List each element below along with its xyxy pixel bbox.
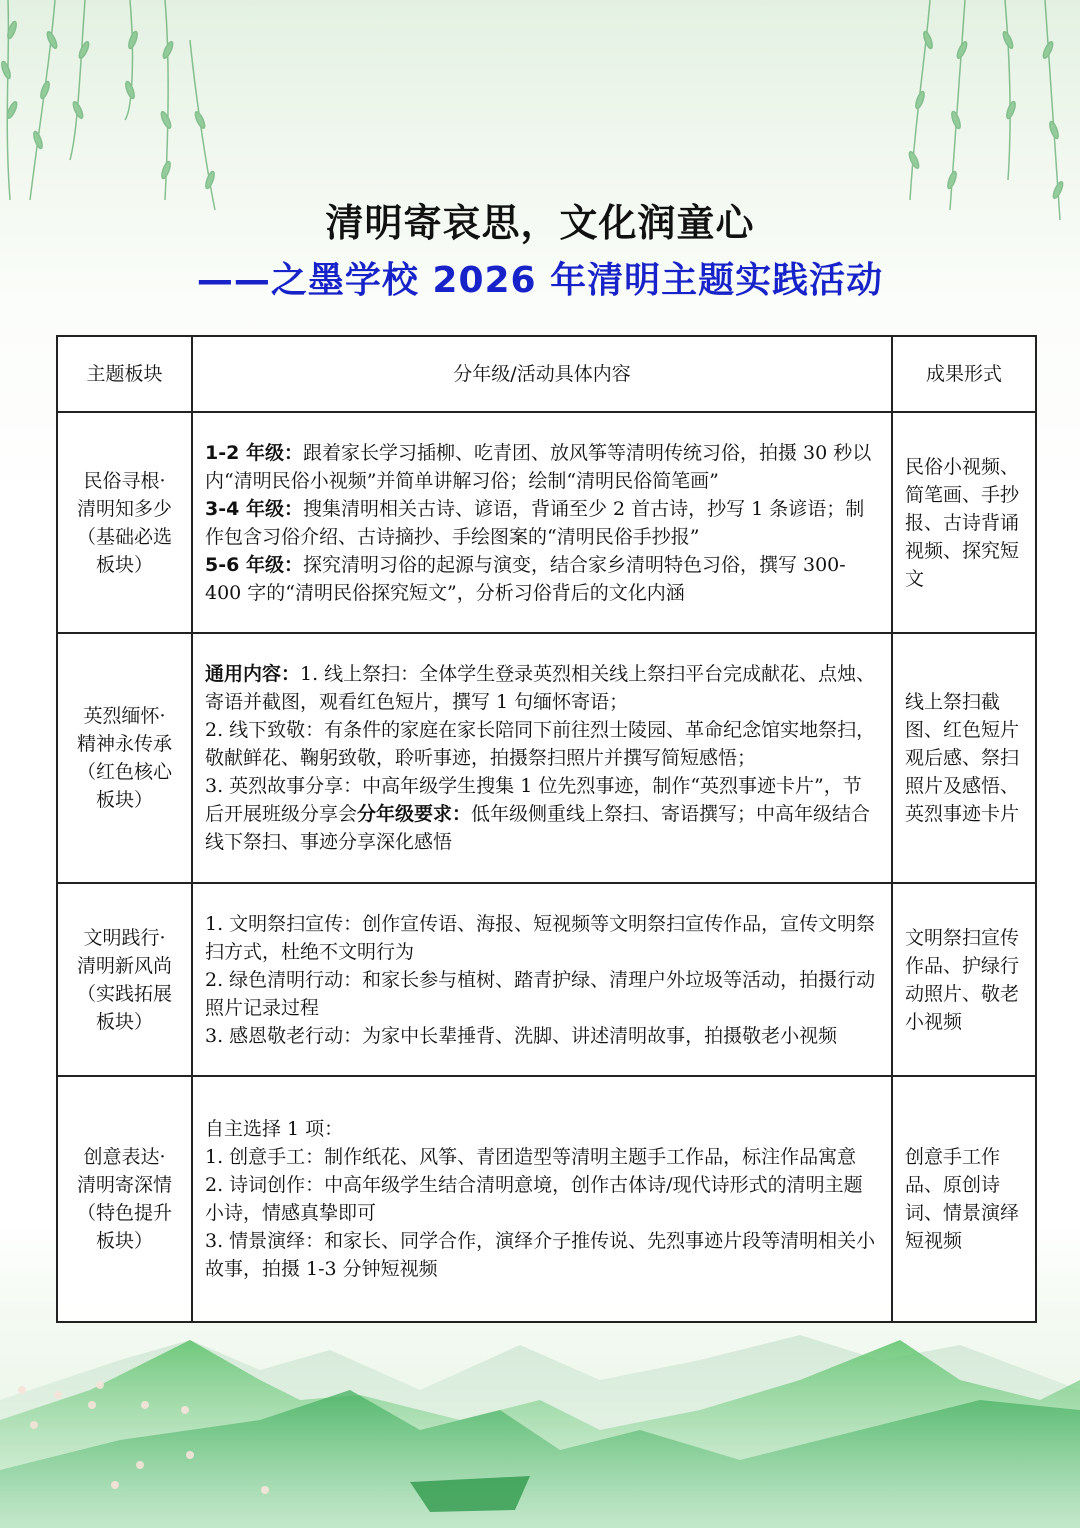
theme-cell: 英烈缅怀· 精神永传承 （红色核心 板块）: [57, 633, 192, 883]
activity-item: 2. 绿色清明行动：和家长参与植树、踏青护绿、清理户外垃圾等活动，拍摄行动照片记…: [205, 966, 879, 1022]
willow-right-icon: [907, 0, 1064, 220]
outcome-cell: 创意手工作品、原创诗词、情景演绎短视频: [892, 1076, 1036, 1322]
page-title: 清明寄哀思，文化润童心: [0, 195, 1080, 251]
activity-item: 通用内容：1. 线上祭扫：全体学生登录英烈相关线上祭扫平台完成献花、点烛、寄语并…: [205, 660, 879, 716]
header-theme: 主题板块: [57, 336, 192, 412]
activity-item: 2. 诗词创作：中高年级学生结合清明意境，创作古体诗/现代诗形式的清明主题小诗，…: [205, 1171, 879, 1227]
theme-cell: 民俗寻根· 清明知多少 （基础必选 板块）: [57, 412, 192, 633]
activity-item: 1. 创意手工：制作纸花、风筝、青团造型等清明主题手工作品，标注作品寓意: [205, 1143, 879, 1171]
title-block: 清明寄哀思，文化润童心 ——之墨学校 2026 年清明主题实践活动: [0, 195, 1080, 309]
outcome-cell: 民俗小视频、简笔画、手抄报、古诗背诵视频、探究短文: [892, 412, 1036, 633]
outcome-cell: 线上祭扫截图、红色短片观后感、祭扫照片及感悟、英烈事迹卡片: [892, 633, 1036, 883]
activity-item: 自主选择 1 项：: [205, 1115, 879, 1143]
header-content: 分年级/活动具体内容: [192, 336, 892, 412]
activity-item: 3. 英烈故事分享：中高年级学生搜集 1 位先烈事迹，制作“英烈事迹卡片”，节后…: [205, 772, 879, 856]
grade-item: 5-6 年级：探究清明习俗的起源与演变，结合家乡清明特色习俗，撰写 300-40…: [205, 551, 879, 607]
table-row: 文明践行· 清明新风尚 （实践拓展 板块） 1. 文明祭扫宣传：创作宣传语、海报…: [57, 883, 1036, 1076]
content-cell: 1. 文明祭扫宣传：创作宣传语、海报、短视频等文明祭扫宣传作品，宣传文明祭扫方式…: [192, 883, 892, 1076]
activity-item: 3. 情景演绎：和家长、同学合作，演绎介子推传说、先烈事迹片段等清明相关小故事，…: [205, 1227, 879, 1283]
content-cell: 1-2 年级：跟着家长学习插柳、吃青团、放风筝等清明传统习俗，拍摄 30 秒以内…: [192, 412, 892, 633]
activity-item: 2. 线下致敬：有条件的家庭在家长陪同下前往烈士陵园、革命纪念馆实地祭扫，敬献鲜…: [205, 716, 879, 772]
willow-left-icon: [0, 0, 216, 210]
boat-icon: [410, 1476, 530, 1512]
table-row: 创意表达· 清明寄深情 （特色提升 板块） 自主选择 1 项： 1. 创意手工：…: [57, 1076, 1036, 1322]
header-outcome: 成果形式: [892, 336, 1036, 412]
mountains-icon: [0, 1335, 1080, 1528]
table-row: 民俗寻根· 清明知多少 （基础必选 板块） 1-2 年级：跟着家长学习插柳、吃青…: [57, 412, 1036, 633]
content-cell: 通用内容：1. 线上祭扫：全体学生登录英烈相关线上祭扫平台完成献花、点烛、寄语并…: [192, 633, 892, 883]
grade-item: 1-2 年级：跟着家长学习插柳、吃青团、放风筝等清明传统习俗，拍摄 30 秒以内…: [205, 439, 879, 495]
outcome-cell: 文明祭扫宣传作品、护绿行动照片、敬老小视频: [892, 883, 1036, 1076]
theme-cell: 文明践行· 清明新风尚 （实践拓展 板块）: [57, 883, 192, 1076]
table-header-row: 主题板块 分年级/活动具体内容 成果形式: [57, 336, 1036, 412]
activity-table: 主题板块 分年级/活动具体内容 成果形式 民俗寻根· 清明知多少 （基础必选 板…: [56, 335, 1037, 1323]
theme-cell: 创意表达· 清明寄深情 （特色提升 板块）: [57, 1076, 192, 1322]
content-cell: 自主选择 1 项： 1. 创意手工：制作纸花、风筝、青团造型等清明主题手工作品，…: [192, 1076, 892, 1322]
flowers-icon: [18, 1381, 269, 1494]
activity-item: 1. 文明祭扫宣传：创作宣传语、海报、短视频等文明祭扫宣传作品，宣传文明祭扫方式…: [205, 910, 879, 966]
table-row: 英烈缅怀· 精神永传承 （红色核心 板块） 通用内容：1. 线上祭扫：全体学生登…: [57, 633, 1036, 883]
activity-item: 3. 感恩敬老行动：为家中长辈捶背、洗脚、讲述清明故事，拍摄敬老小视频: [205, 1022, 879, 1050]
grade-item: 3-4 年级：搜集清明相关古诗、谚语，背诵至少 2 首古诗，抄写 1 条谚语；制…: [205, 495, 879, 551]
page-subtitle: ——之墨学校 2026 年清明主题实践活动: [0, 253, 1080, 309]
